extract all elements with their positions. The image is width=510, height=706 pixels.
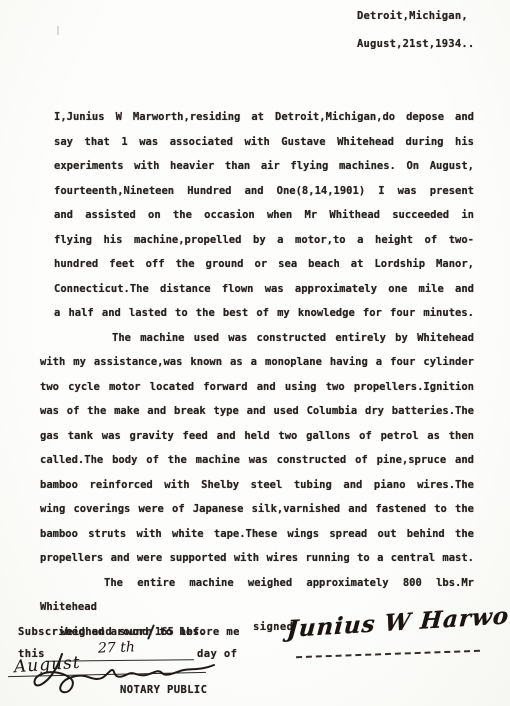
notary-public-title: NOTARY PUBLIC [120,684,207,696]
body-line: and assisted on the occasion when Mr Whi… [40,203,474,228]
body-line: called.The body of the machine was const… [40,448,474,473]
body-line: with my assistance,was known as a monopl… [40,350,474,375]
body-line: experiments with heavier than air flying… [40,154,474,179]
body-line: Connecticut.The distance flown was appro… [40,277,474,302]
body-line: two cycle motor located forward and usin… [40,375,474,400]
sworn-statement-line: Subscribed and sworn to before me [18,626,240,638]
body-line: propellers and were supported with wires… [40,546,474,571]
body-line: bamboo struts with white tape.These wing… [40,522,474,547]
body-line: say that 1 was associated with Gustave W… [40,130,474,155]
body-line: hundred feet off the ground or sea beach… [40,252,474,277]
body-line: gas tank was gravity feed and held two g… [40,424,474,449]
scan-artifact-mark [57,26,59,35]
affidavit-document: Detroit,Michigan, August,21st,1934.. I,J… [0,0,510,706]
dateline-city: Detroit,Michigan, [357,10,468,22]
dateline-date: August,21st,1934.. [357,38,474,50]
affidavit-body: I,Junius W Marworth,residing at Detroit,… [40,105,474,644]
body-line: I,Junius W Marworth,residing at Detroit,… [40,105,474,130]
body-line: a half and lasted to the best of my know… [40,301,474,326]
body-line: bamboo reinforced with Shelby steel tubi… [40,473,474,498]
body-line: was of the make and break type and used … [40,399,474,424]
body-line: fourteenth,Nineteen Hundred and One(8,14… [40,179,474,204]
body-line: flying his machine,propelled by a motor,… [40,228,474,253]
signature-underline [296,650,480,658]
body-line: wing coverings were of Japanese silk,var… [40,497,474,522]
body-line: The machine used was constructed entirel… [40,326,474,351]
